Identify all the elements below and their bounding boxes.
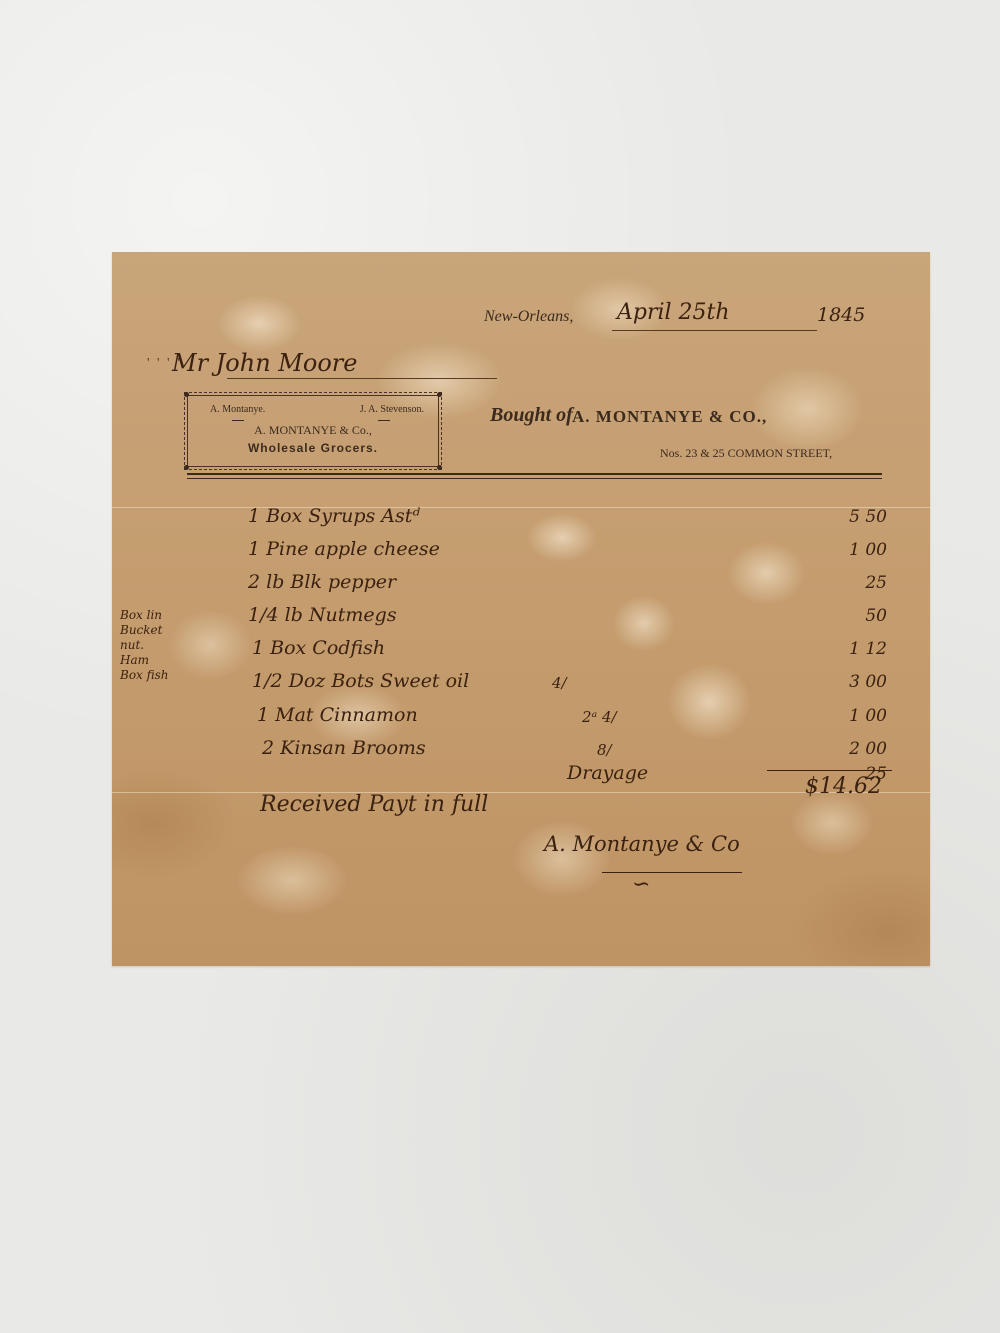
corner-ornament [437, 465, 442, 470]
place-printed: New-Orleans, [484, 308, 573, 326]
item-description: 2 lb Blk pepper [248, 571, 396, 593]
item-amount: 1 00 [767, 706, 887, 726]
firm-type: Wholesale Grocers. [188, 441, 438, 455]
invoice-paper: New-Orleans, April 25th 1845 ' ' ' ' Mr … [112, 252, 930, 966]
date-handwritten: April 25th [617, 300, 730, 325]
item-description: 1 Box Codfish [252, 637, 385, 659]
recipient-name: Mr John Moore [172, 349, 357, 377]
item-description: 1/2 Doz Bots Sweet oil [252, 670, 469, 692]
item-description: 1 Mat Cinnamon [257, 704, 418, 726]
item-amount: 5 50 [767, 507, 887, 527]
margin-note: Box lin Bucket nut. Ham Box fish [120, 608, 169, 683]
seller-address: Nos. 23 & 25 COMMON STREET, [660, 446, 832, 461]
partner-left: A. Montanye. [210, 404, 265, 415]
firm-box: A. Montanye. J. A. Stevenson. A. MONTANY… [187, 395, 439, 467]
total-amount: $14.62 [762, 774, 882, 799]
item-note: 8/ [597, 741, 612, 759]
item-description: 1 Box Syrups Astᵈ [248, 505, 420, 527]
signature: A. Montanye & Co [544, 832, 740, 856]
bought-of-label: Bought of [490, 404, 573, 427]
firm-name: A. MONTANYE & Co., [188, 423, 438, 438]
corner-ornament [437, 392, 442, 397]
item-description: 2 Kinsan Brooms [262, 737, 426, 759]
corner-ornament [184, 465, 189, 470]
item-amount: 2 00 [767, 739, 887, 759]
divider [378, 420, 390, 421]
header-rule [187, 473, 882, 479]
item-description: 1/4 lb Nutmegs [248, 604, 397, 626]
corner-ornament [184, 392, 189, 397]
flourish-mark: ∽ [632, 872, 650, 897]
total-rule [767, 770, 892, 771]
item-note: 2ᵃ 4/ [582, 708, 617, 726]
item-amount: 25 [767, 573, 887, 593]
recipient-underline [227, 378, 497, 379]
signature-flourish [602, 872, 742, 873]
item-description: Drayage [567, 762, 648, 784]
item-amount: 1 00 [767, 540, 887, 560]
item-note: 4/ [552, 674, 567, 692]
receipt-text: Received Payt in full [260, 792, 488, 817]
item-amount: 3 00 [767, 672, 887, 692]
item-description: 1 Pine apple cheese [248, 538, 440, 560]
date-underline [612, 330, 817, 331]
partner-right: J. A. Stevenson. [360, 404, 424, 415]
seller-name: A. MONTANYE & CO., [572, 407, 767, 427]
divider [232, 420, 244, 421]
year-handwritten: 1845 [817, 304, 865, 326]
item-amount: 50 [767, 606, 887, 626]
item-amount: 1 12 [767, 639, 887, 659]
